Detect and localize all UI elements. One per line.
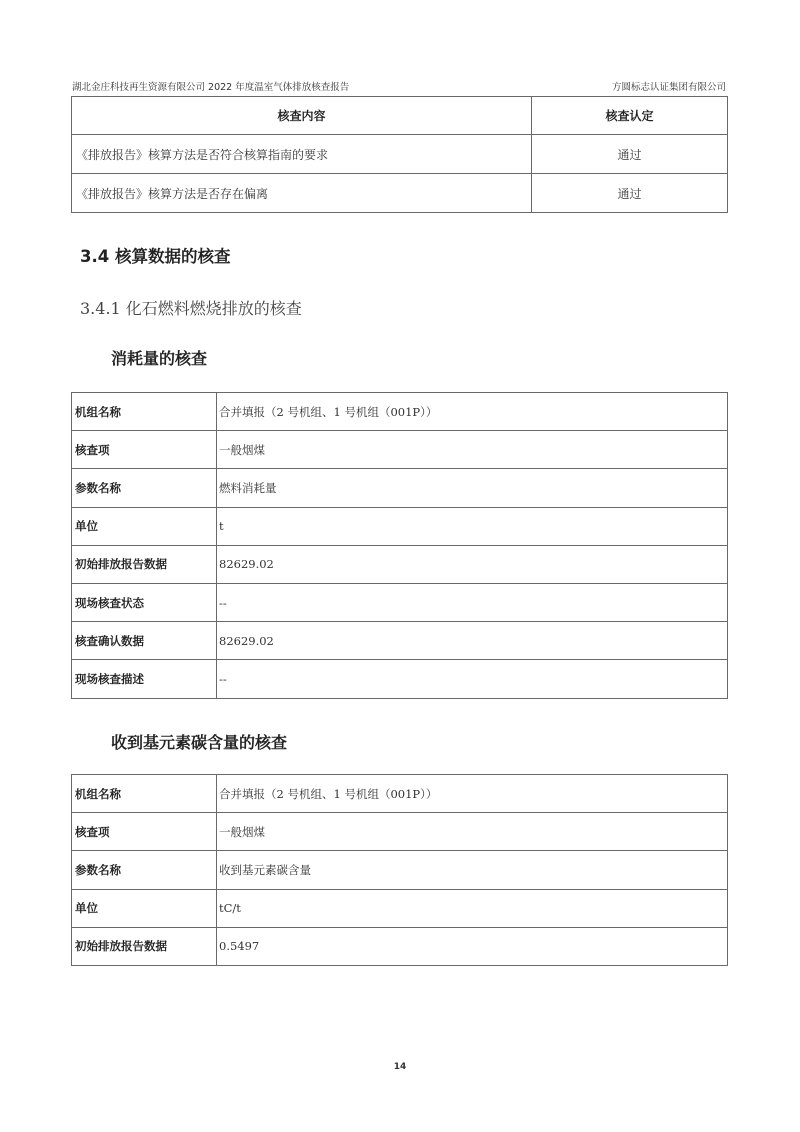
row-label: 现场核查描述 (72, 660, 217, 698)
row-label: 参数名称 (72, 851, 217, 889)
row-value: -- (217, 660, 728, 698)
summary-table: 核查内容 核查认定 《排放报告》核算方法是否符合核算指南的要求 通过 《排放报告… (71, 96, 728, 213)
table-row: 单位t (72, 507, 728, 545)
row-label: 参数名称 (72, 469, 217, 507)
table-row: 参数名称燃料消耗量 (72, 469, 728, 507)
row-value: tC/t (217, 889, 728, 927)
table-title: 收到基元素碳含量的核查 (111, 730, 287, 753)
row-value: 收到基元素碳含量 (217, 851, 728, 889)
row-value: 一般烟煤 (217, 813, 728, 851)
table-cell: 《排放报告》核算方法是否存在偏离 (72, 174, 532, 213)
table-header-row: 核查内容 核查认定 (72, 97, 728, 135)
page-number: 14 (0, 1062, 800, 1072)
table-row: 初始排放报告数据0.5497 (72, 927, 728, 965)
row-value: -- (217, 583, 728, 621)
table-cell: 通过 (532, 174, 728, 213)
column-header: 核查内容 (72, 97, 532, 135)
row-label: 核查项 (72, 813, 217, 851)
table-row: 核查项一般烟煤 (72, 813, 728, 851)
row-value: 合并填报（2 号机组、1 号机组（001P）） (217, 393, 728, 431)
row-label: 单位 (72, 507, 217, 545)
row-value: 82629.02 (217, 545, 728, 583)
page-header: 湖北金庄科技再生资源有限公司 2022 年度温室气体排放核查报告 方圆标志认证集… (72, 82, 726, 94)
row-value: 0.5497 (217, 927, 728, 965)
row-value: 82629.02 (217, 622, 728, 660)
table-title: 消耗量的核查 (111, 346, 207, 369)
table-row: 机组名称合并填报（2 号机组、1 号机组（001P）） (72, 775, 728, 813)
row-label: 机组名称 (72, 775, 217, 813)
row-label: 机组名称 (72, 393, 217, 431)
carbon-content-table: 机组名称合并填报（2 号机组、1 号机组（001P）） 核查项一般烟煤 参数名称… (71, 774, 728, 966)
header-company: 方圆标志认证集团有限公司 (612, 82, 726, 94)
header-report-title: 湖北金庄科技再生资源有限公司 2022 年度温室气体排放核查报告 (72, 82, 349, 94)
row-label: 核查确认数据 (72, 622, 217, 660)
table-row: 机组名称合并填报（2 号机组、1 号机组（001P）） (72, 393, 728, 431)
table-row: 《排放报告》核算方法是否符合核算指南的要求 通过 (72, 135, 728, 174)
row-value: t (217, 507, 728, 545)
table-cell: 通过 (532, 135, 728, 174)
table-row: 现场核查描述-- (72, 660, 728, 698)
section-heading: 3.4 核算数据的核查 (80, 243, 230, 267)
table-cell: 《排放报告》核算方法是否符合核算指南的要求 (72, 135, 532, 174)
row-label: 核查项 (72, 431, 217, 469)
table-row: 单位tC/t (72, 889, 728, 927)
table-row: 参数名称收到基元素碳含量 (72, 851, 728, 889)
table-row: 初始排放报告数据82629.02 (72, 545, 728, 583)
row-value: 合并填报（2 号机组、1 号机组（001P）） (217, 775, 728, 813)
row-label: 单位 (72, 889, 217, 927)
row-label: 初始排放报告数据 (72, 545, 217, 583)
row-value: 一般烟煤 (217, 431, 728, 469)
table-row: 现场核查状态-- (72, 583, 728, 621)
subsection-heading: 3.4.1 化石燃料燃烧排放的核查 (80, 296, 302, 319)
row-value: 燃料消耗量 (217, 469, 728, 507)
column-header: 核查认定 (532, 97, 728, 135)
row-label: 初始排放报告数据 (72, 927, 217, 965)
consumption-table: 机组名称合并填报（2 号机组、1 号机组（001P）） 核查项一般烟煤 参数名称… (71, 392, 728, 699)
row-label: 现场核查状态 (72, 583, 217, 621)
table-row: 核查确认数据82629.02 (72, 622, 728, 660)
table-row: 《排放报告》核算方法是否存在偏离 通过 (72, 174, 728, 213)
table-row: 核查项一般烟煤 (72, 431, 728, 469)
